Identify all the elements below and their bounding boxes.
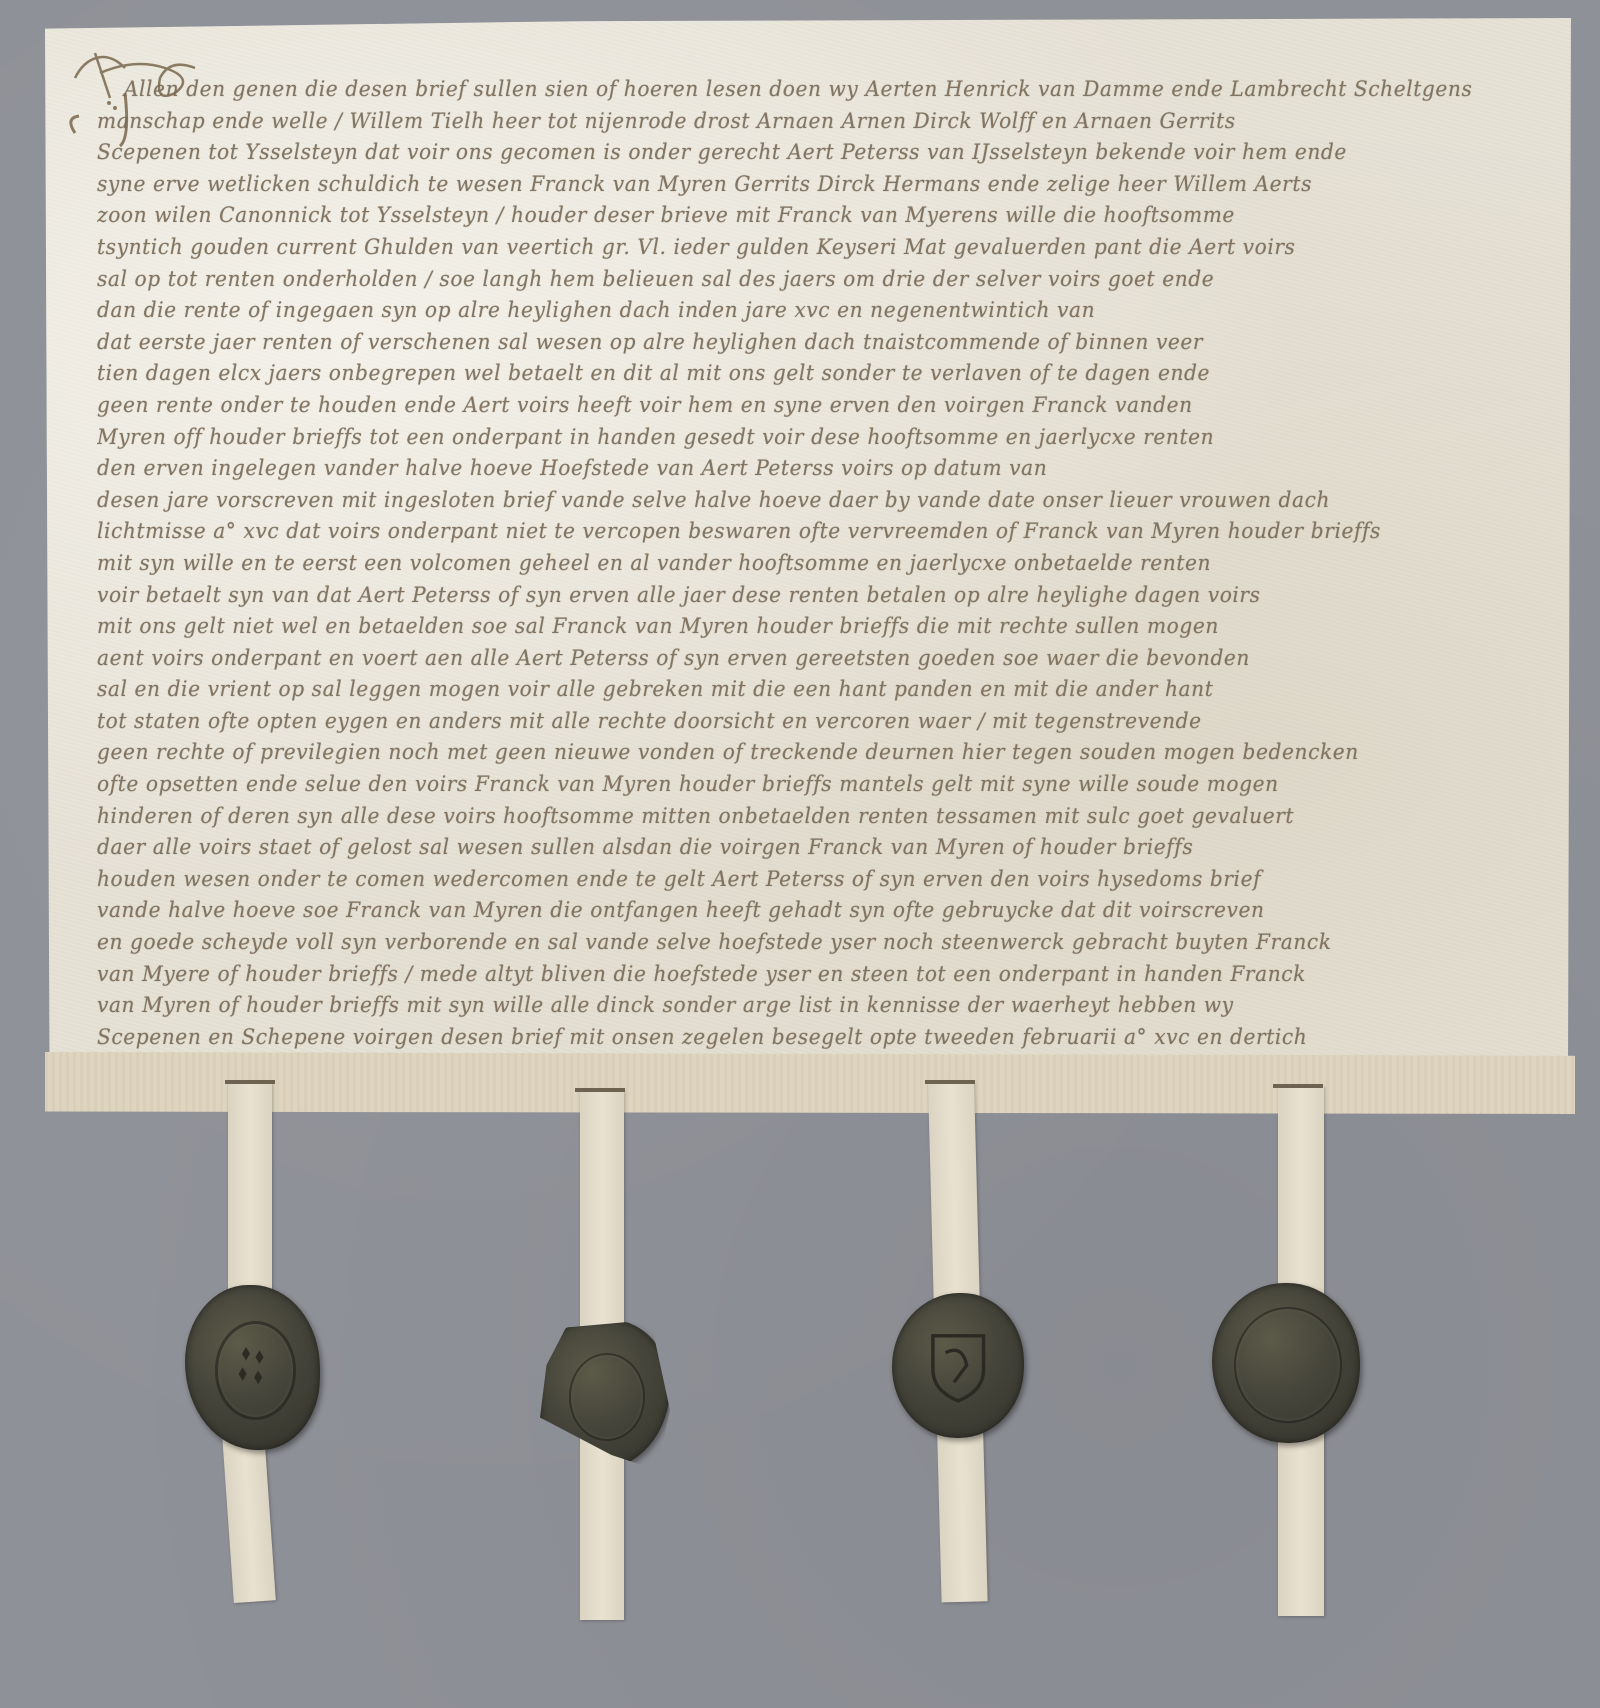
wax-seal-1: shield with lozenges / checky pattern bbox=[185, 1285, 320, 1450]
tag-slot bbox=[1273, 1084, 1323, 1088]
wax-seal-3: shield with heraldic figure bbox=[892, 1293, 1024, 1438]
text-line: van Myere of houder brieffs / mede altyt… bbox=[97, 959, 1489, 991]
text-line: daer alle voirs staet of gelost sal wese… bbox=[97, 832, 1489, 864]
text-line: syne erve wetlicken schuldich te wesen F… bbox=[97, 169, 1489, 201]
wax-seal-4: worn figure bbox=[1212, 1283, 1360, 1443]
text-line: desen jare vorscreven mit ingesloten bri… bbox=[97, 485, 1489, 517]
text-line: sal en die vrient op sal leggen mogen vo… bbox=[97, 674, 1489, 706]
seal-figure-icon bbox=[569, 1353, 646, 1441]
tag-slot bbox=[575, 1088, 625, 1092]
text-line: en goede scheyde voll syn verborende en … bbox=[97, 927, 1489, 959]
text-line: houden wesen onder te comen wedercomen e… bbox=[97, 864, 1489, 896]
text-line: Allen den genen die desen brief sullen s… bbox=[97, 74, 1489, 106]
heraldic-shield-icon bbox=[916, 1319, 1000, 1412]
parchment-charter: Allen den genen die desen brief sullen s… bbox=[45, 18, 1571, 1081]
text-line: manschap ende welle / Willem Tielh heer … bbox=[97, 106, 1489, 138]
text-line: Scepenen tot Ysselsteyn dat voir ons gec… bbox=[97, 137, 1489, 169]
text-line: tien dagen elcx jaers onbegrepen wel bet… bbox=[97, 358, 1489, 390]
text-line: vande halve hoeve soe Franck van Myren d… bbox=[97, 895, 1489, 927]
lozenges-icon bbox=[219, 1326, 287, 1409]
text-line: den erven ingelegen vander halve hoeve H… bbox=[97, 453, 1489, 485]
tag-slot bbox=[925, 1080, 975, 1084]
text-line: tot staten ofte opten eygen en anders mi… bbox=[97, 706, 1489, 738]
text-line: van Myren of houder brieffs mit syn will… bbox=[97, 990, 1489, 1022]
text-line: Myren off houder brieffs tot een onderpa… bbox=[97, 422, 1489, 454]
charter-text: Allen den genen die desen brief sullen s… bbox=[97, 74, 1547, 1053]
text-line: ofte opsetten ende selue den voirs Franc… bbox=[97, 769, 1489, 801]
text-line: aent voirs onderpant en voert aen alle A… bbox=[97, 643, 1489, 675]
text-line: voir betaelt syn van dat Aert Peterss of… bbox=[97, 580, 1489, 612]
seal-tag-1-lower bbox=[222, 1431, 276, 1604]
text-line: geen rente onder te houden ende Aert voi… bbox=[97, 390, 1489, 422]
text-line: mit ons gelt niet wel en betaelden soe s… bbox=[97, 611, 1489, 643]
text-line: hinderen of deren syn alle dese voirs ho… bbox=[97, 801, 1489, 833]
wax-seal-2: worn figure bbox=[540, 1320, 670, 1470]
text-line: lichtmisse a° xvc dat voirs onderpant ni… bbox=[97, 516, 1489, 548]
seal-figure-icon bbox=[1234, 1307, 1342, 1423]
text-line: dat eerste jaer renten of verschenen sal… bbox=[97, 327, 1489, 359]
text-line: dan die rente of ingegaen syn op alre he… bbox=[97, 295, 1489, 327]
text-line: zoon wilen Canonnick tot Ysselsteyn / ho… bbox=[97, 200, 1489, 232]
text-line: tsyntich gouden current Ghulden van veer… bbox=[97, 232, 1489, 264]
text-line: sal op tot renten onderholden / soe lang… bbox=[97, 264, 1489, 296]
text-line: geen rechte of previlegien noch met geen… bbox=[97, 737, 1489, 769]
text-line: Scepenen en Schepene voirgen desen brief… bbox=[97, 1022, 1489, 1054]
tag-slot bbox=[225, 1080, 275, 1084]
text-line: mit syn wille en te eerst een volcomen g… bbox=[97, 548, 1489, 580]
